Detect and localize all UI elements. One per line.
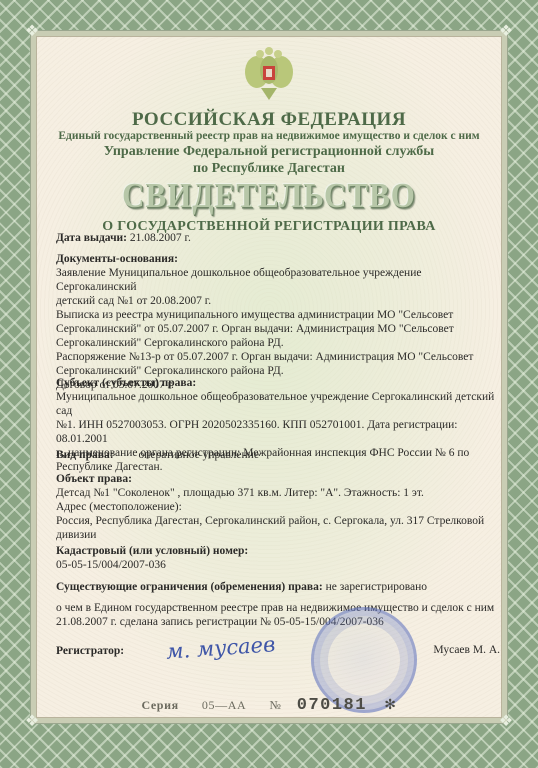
documents-line: Сергокалинский" Сергокалинского района Р… xyxy=(56,336,496,350)
encumbrance-section: Существующие ограничения (обременения) п… xyxy=(56,580,496,594)
series-label: Серия xyxy=(141,698,178,712)
subject-label: Субъект (субъекты) права: xyxy=(56,376,496,390)
number-value: 070181 xyxy=(297,696,367,715)
object-label: Объект права: xyxy=(56,472,496,486)
encumbrance-label: Существующие ограничения (обременения) п… xyxy=(56,581,323,593)
service-name: Управление Федеральной регистрационной с… xyxy=(36,144,502,160)
issue-date-value: 21.08.2007 г. xyxy=(130,232,191,244)
object-line: дивизии xyxy=(56,528,496,542)
documents-section: Документы-основания: Заявление Муниципал… xyxy=(56,252,496,392)
right-kind-value: оперативное управление xyxy=(138,449,259,461)
registrar-signature: м. мусаев xyxy=(165,632,276,664)
series-number: Серия 05—АА № 070181 ✻ xyxy=(36,696,502,715)
record-section: о чем в Едином государственном реестре п… xyxy=(56,601,496,629)
cadastral-value: 05-05-15/004/2007-036 xyxy=(56,558,496,572)
documents-label: Документы-основания: xyxy=(56,252,496,266)
registry-name: Единый государственный реестр прав на не… xyxy=(36,130,502,142)
documents-line: Распоряжение №13-р от 05.07.2007 г. Орга… xyxy=(56,350,496,364)
number-label: № xyxy=(269,698,281,712)
certificate-content: РОССИЙСКАЯ ФЕДЕРАЦИЯ Единый государствен… xyxy=(36,36,502,718)
documents-line: Заявление Муниципальное дошкольное общео… xyxy=(56,266,496,294)
documents-line: Сергокалинский" от 05.07.2007 г. Орган в… xyxy=(56,322,496,336)
registrar-name: Мусаев М. А. xyxy=(433,644,500,656)
record-line: 21.08.2007 г. сделана запись регистрации… xyxy=(56,615,496,629)
cadastral-section: Кадастровый (или условный) номер: 05-05-… xyxy=(56,544,496,572)
issue-date-label: Дата выдачи: xyxy=(56,232,127,244)
documents-line: детский сад №1 от 20.08.2007 г. xyxy=(56,294,496,308)
right-kind: Вид права: оперативное управление xyxy=(56,448,496,462)
encumbrance-value: не зарегистрировано xyxy=(326,581,427,593)
document-title: СВИДЕТЕЛЬСТВО xyxy=(36,176,502,216)
documents-line: Выписка из реестра муниципального имущес… xyxy=(56,308,496,322)
cadastral-label: Кадастровый (или условный) номер: xyxy=(56,544,496,558)
registrar-label: Регистратор: xyxy=(56,645,124,657)
asterisk-mark-icon: ✻ xyxy=(384,698,396,713)
right-kind-label: Вид права: xyxy=(56,449,114,461)
series-value: 05—АА xyxy=(202,698,246,712)
record-line: о чем в Едином государственном реестре п… xyxy=(56,601,496,615)
issue-date: Дата выдачи: 21.08.2007 г. xyxy=(56,231,496,245)
region-name: по Республике Дагестан xyxy=(36,161,502,177)
object-line: Детсад №1 "Соколенок" , площадью 371 кв.… xyxy=(56,486,496,500)
subject-line: Муниципальное дошкольное общеобразовател… xyxy=(56,390,496,418)
country-name: РОССИЙСКАЯ ФЕДЕРАЦИЯ xyxy=(36,109,502,131)
object-line: Россия, Республика Дагестан, Сергокалинс… xyxy=(56,514,496,528)
object-line: Адрес (местоположение): xyxy=(56,500,496,514)
subject-line: №1. ИНН 0527003053. ОГРН 2020502335160. … xyxy=(56,418,496,446)
object-section: Объект права: Детсад №1 "Соколенок" , пл… xyxy=(56,472,496,542)
certificate-sheet: ❖ ❖ ❖ ❖ РОССИЙСКАЯ ФЕДЕРАЦИЯ Единый госу… xyxy=(0,0,538,768)
coat-of-arms-icon xyxy=(243,46,295,102)
